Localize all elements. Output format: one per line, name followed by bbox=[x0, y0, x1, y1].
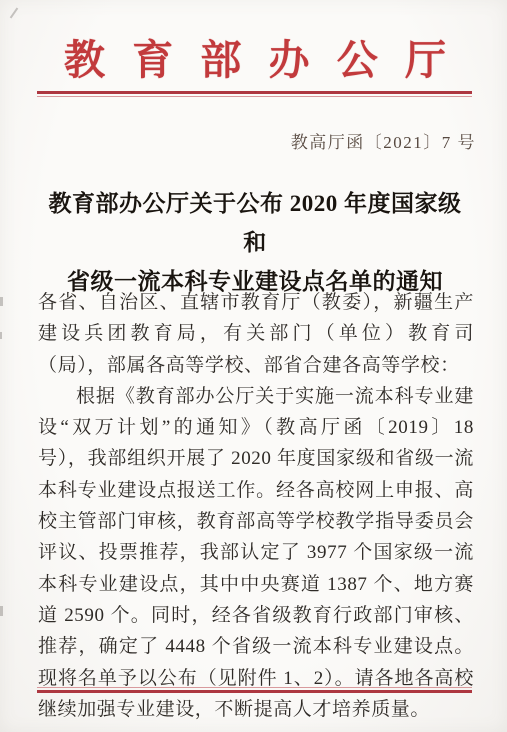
letterhead-agency-title: 教育部办公厅 bbox=[64, 36, 446, 84]
scan-artifact bbox=[0, 606, 3, 616]
notice-title-line-1: 教育部办公厅关于公布 2020 年度国家级和 bbox=[37, 184, 473, 262]
salutation: 各省、自治区、直辖市教育厅（教委），新疆生产建设兵团教育局，有关部门（单位）教育… bbox=[38, 287, 474, 381]
scan-artifact bbox=[0, 297, 3, 306]
footer-divider bbox=[37, 687, 472, 693]
notice-body: 各省、自治区、直辖市教育厅（教委），新疆生产建设兵团教育局，有关部门（单位）教育… bbox=[38, 287, 474, 725]
body-paragraph: 根据《教育部办公厅关于实施一流本科专业建设“双万计划”的通知》（教高厅函〔201… bbox=[38, 381, 474, 725]
divider-thick-line bbox=[37, 690, 472, 693]
letterhead-divider bbox=[37, 91, 472, 97]
scan-artifact bbox=[10, 8, 19, 19]
document-page: 教育部办公厅 教高厅函〔2021〕7 号 教育部办公厅关于公布 2020 年度国… bbox=[0, 0, 507, 732]
divider-thin-line bbox=[37, 96, 472, 97]
notice-title: 教育部办公厅关于公布 2020 年度国家级和 省级一流本科专业建设点名单的通知 bbox=[37, 184, 473, 301]
document-reference-number: 教高厅函〔2021〕7 号 bbox=[291, 128, 476, 153]
scan-artifact bbox=[0, 332, 2, 339]
